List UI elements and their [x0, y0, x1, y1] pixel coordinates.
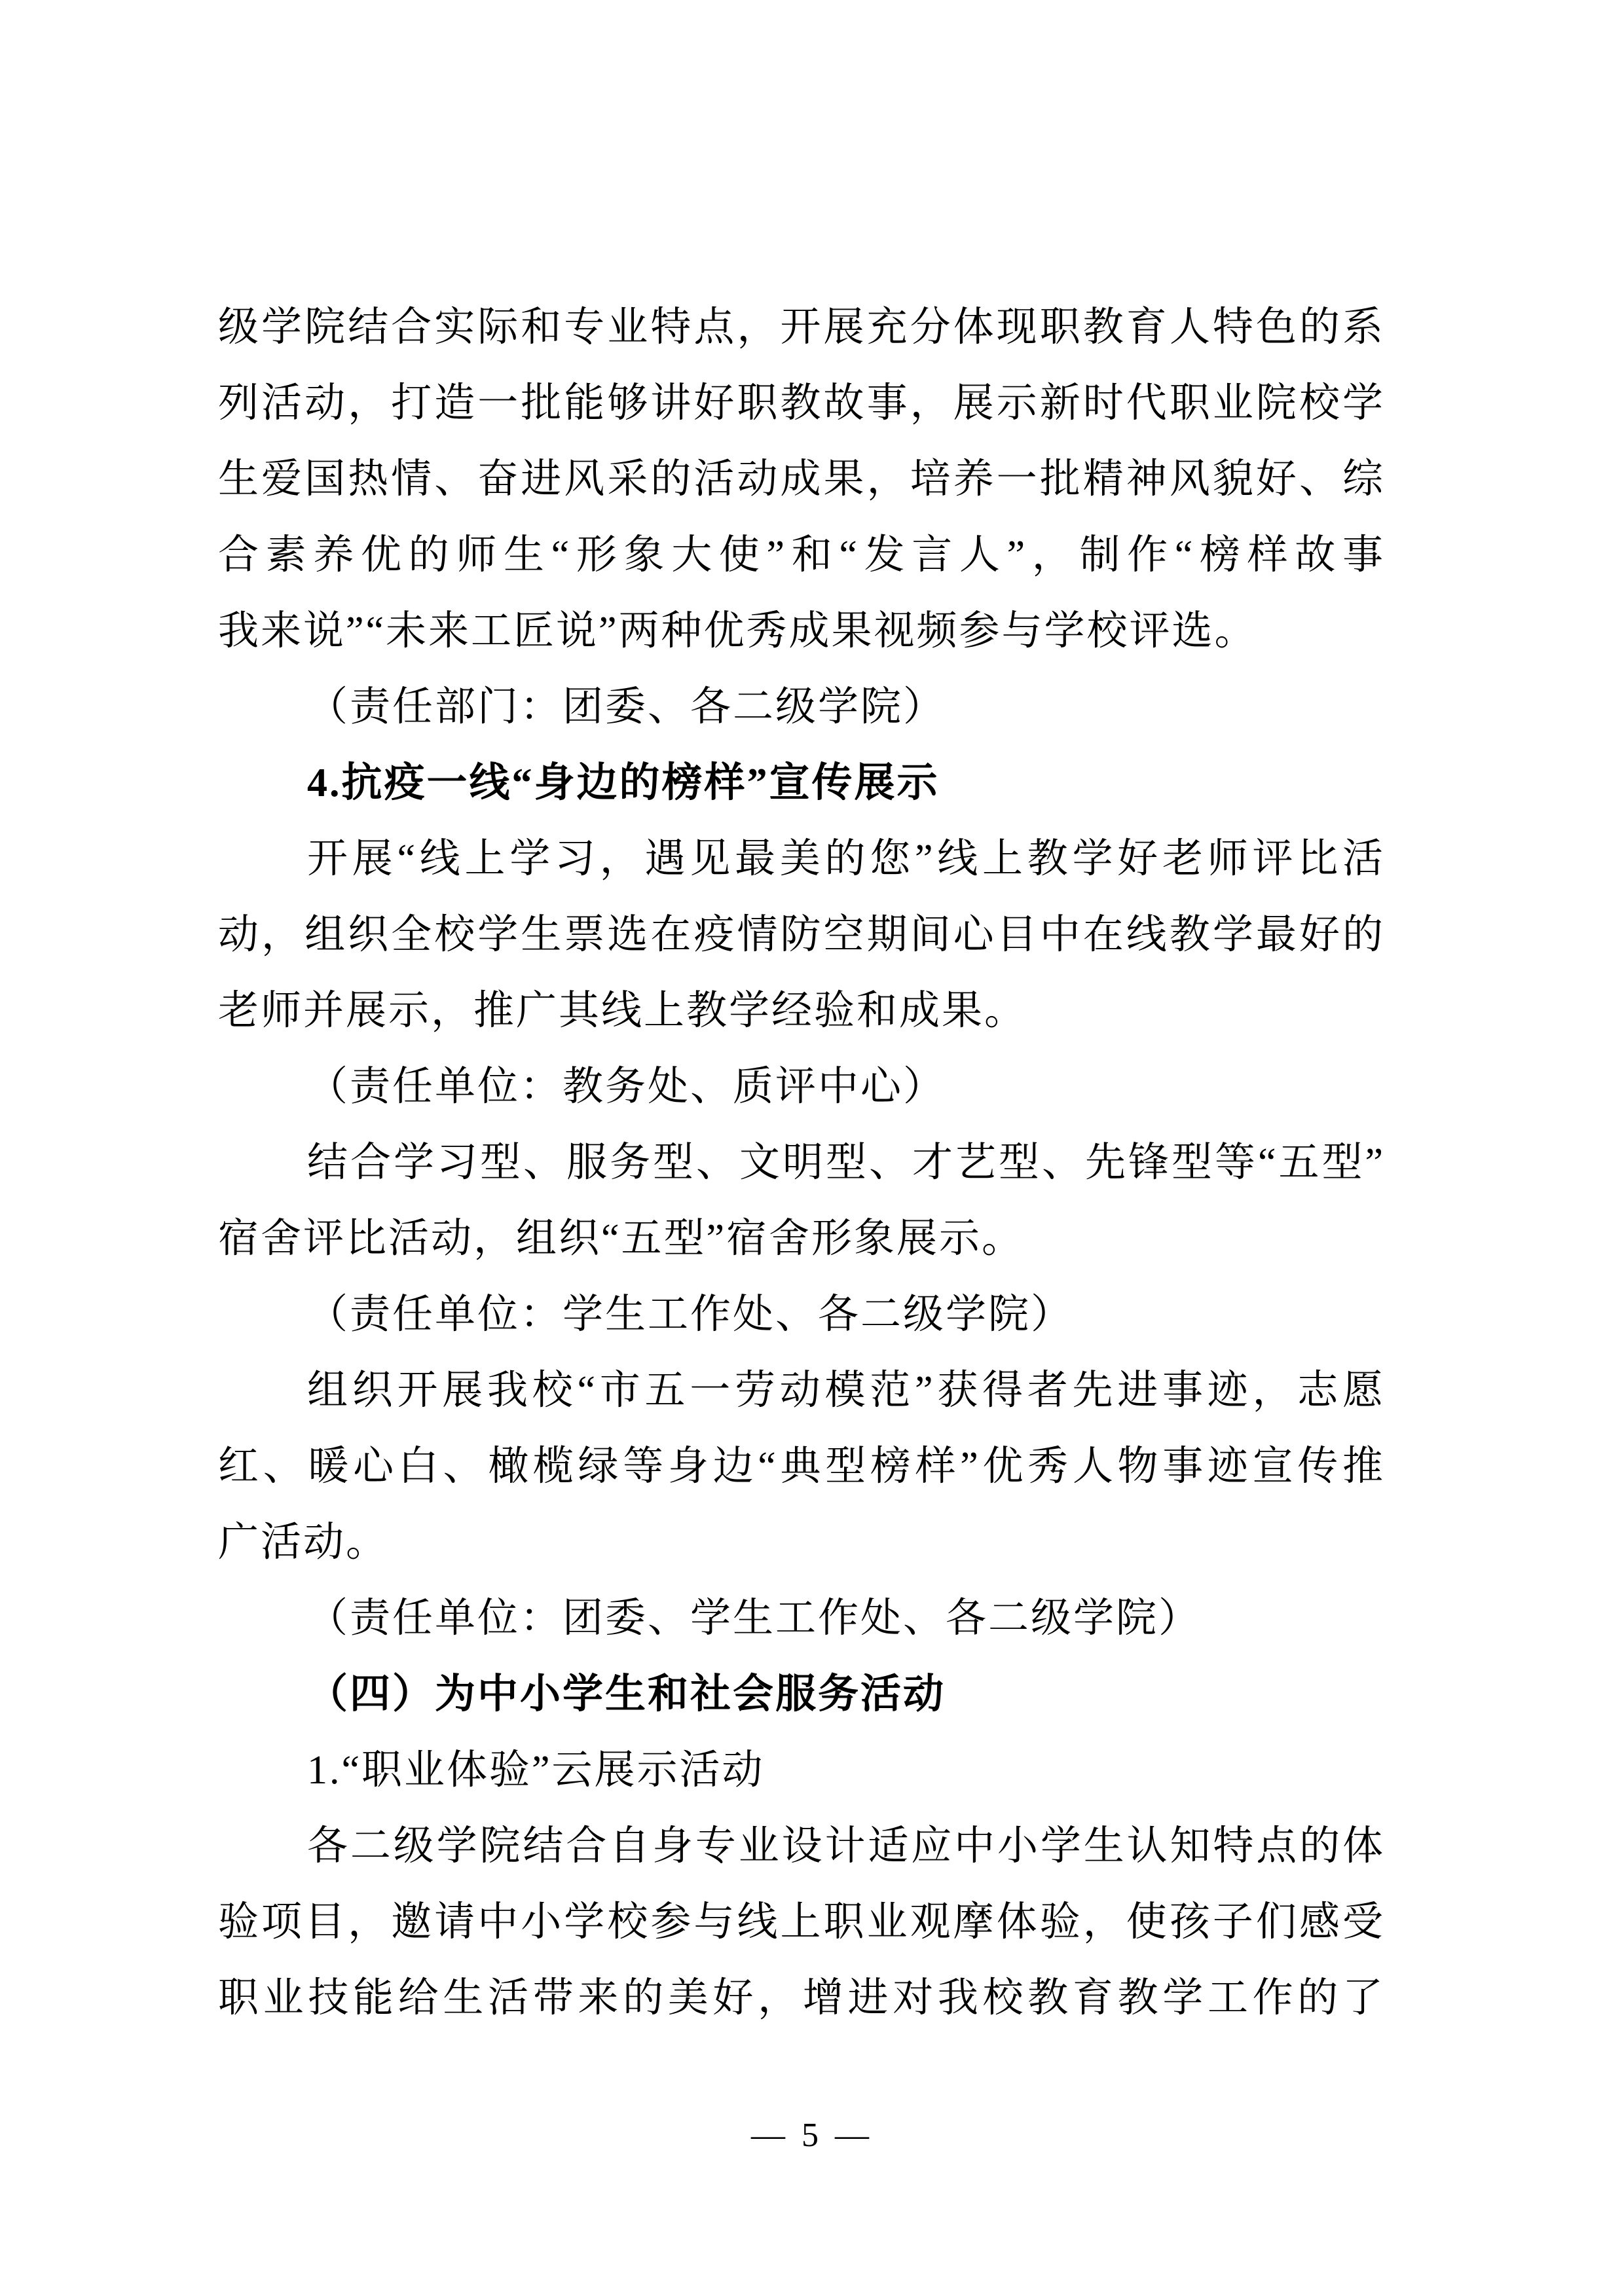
body-text-line: 动，组织全校学生票选在疫情防空期间心目中在线教学最好的 — [218, 897, 1385, 973]
section-heading: （四）为中小学生和社会服务活动 — [218, 1656, 1385, 1732]
body-text-line: 宿舍评比活动，组织“五型”宿舍形象展示。 — [218, 1201, 1385, 1277]
body-text-line: 结合学习型、服务型、文明型、才艺型、先锋型等“五型” — [218, 1125, 1385, 1201]
numbered-heading: 1.“职业体验”云展示活动 — [218, 1732, 1385, 1808]
body-text-line: 合素养优的师生“形象大使”和“发言人”，制作“榜样故事 — [218, 517, 1385, 593]
body-text-line: 生爱国热情、奋进风采的活动成果，培养一批精神风貌好、综 — [218, 441, 1385, 517]
body-text-line: 验项目，邀请中小学校参与线上职业观摩体验，使孩子们感受 — [218, 1884, 1385, 1960]
responsibility-line: （责任单位：团委、学生工作处、各二级学院） — [218, 1580, 1385, 1656]
body-text-line: 职业技能给生活带来的美好，增进对我校教育教学工作的了解。 — [218, 1960, 1385, 2036]
numbered-heading: 4.抗疫一线“身边的榜样”宣传展示 — [218, 745, 1385, 821]
body-text-line: 各二级学院结合自身专业设计适应中小学生认知特点的体 — [218, 1808, 1385, 1884]
body-text-line: 我来说”“未来工匠说”两种优秀成果视频参与学校评选。 — [218, 593, 1385, 669]
responsibility-line: （责任单位：教务处、质评中心） — [218, 1049, 1385, 1125]
body-text-line: 广活动。 — [218, 1504, 1385, 1580]
page-number: — 5 — — [0, 2112, 1624, 2159]
body-text-line: 老师并展示，推广其线上教学经验和成果。 — [218, 973, 1385, 1049]
body-text-line: 列活动，打造一批能够讲好职教故事，展示新时代职业院校学 — [218, 365, 1385, 441]
body-text-line: 组织开展我校“市五一劳动模范”获得者先进事迹，志愿 — [218, 1353, 1385, 1429]
body-text-line: 开展“线上学习，遇见最美的您”线上教学好老师评比活 — [218, 821, 1385, 897]
responsibility-line: （责任部门：团委、各二级学院） — [218, 669, 1385, 745]
body-text-line: 红、暖心白、橄榄绿等身边“典型榜样”优秀人物事迹宣传推 — [218, 1429, 1385, 1504]
document-page: 级学院结合实际和专业特点，开展充分体现职教育人特色的系 列活动，打造一批能够讲好… — [0, 0, 1624, 2296]
responsibility-line: （责任单位：学生工作处、各二级学院） — [218, 1277, 1385, 1353]
body-text-line: 级学院结合实际和专业特点，开展充分体现职教育人特色的系 — [218, 289, 1385, 365]
text-block: 级学院结合实际和专业特点，开展充分体现职教育人特色的系 列活动，打造一批能够讲好… — [218, 289, 1385, 2036]
